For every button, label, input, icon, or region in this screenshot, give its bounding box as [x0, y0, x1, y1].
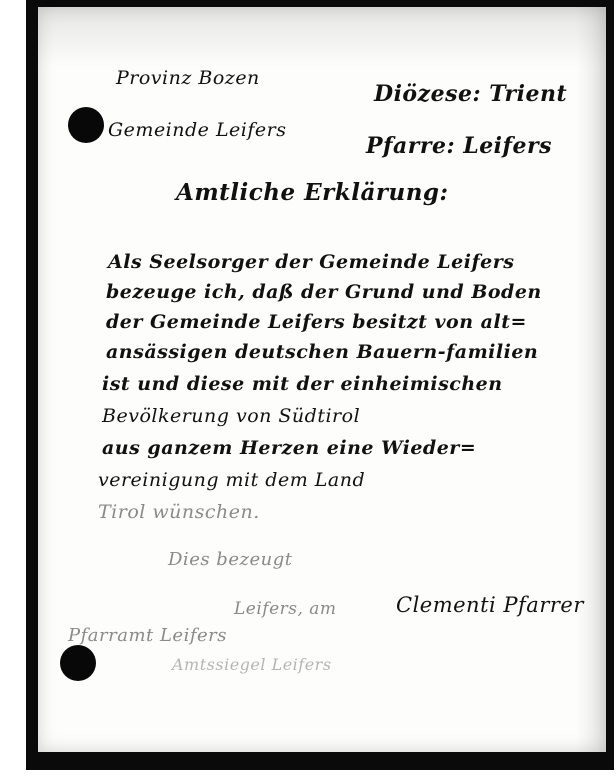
signature-name: Clementi Pfarrer [396, 593, 584, 617]
body-line: Bevölkerung von Südtirol [102, 405, 360, 427]
body-line: Tirol wünschen. [98, 501, 260, 523]
stamp-line-2: Amtssiegel Leifers [172, 655, 332, 674]
body-line: bezeuge ich, daß der Grund und Boden [106, 281, 542, 303]
signature-prefix: Leifers, am [234, 599, 337, 619]
header-municipality: Gemeinde Leifers [108, 119, 287, 141]
body-line: vereinigung mit dem Land [98, 469, 365, 491]
body-line: ansässigen deutschen Bauern-familien [106, 341, 538, 363]
body-line: der Gemeinde Leifers besitzt von alt= [106, 311, 527, 333]
header-diocese: Diözese: Trient [374, 81, 567, 107]
stamp-line-1: Pfarramt Leifers [68, 625, 227, 646]
header-parish: Pfarre: Leifers [366, 133, 552, 159]
closing-text: Dies bezeugt [168, 549, 292, 570]
body-line: Als Seelsorger der Gemeinde Leifers [108, 251, 514, 273]
document-page: Provinz Bozen Gemeinde Leifers Diözese: … [38, 7, 606, 752]
body-line: aus ganzem Herzen eine Wieder= [102, 437, 476, 459]
punch-hole-bottom [60, 645, 96, 681]
document-title: Amtliche Erklärung: [176, 179, 449, 206]
header-province: Provinz Bozen [116, 67, 260, 89]
punch-hole-top [68, 107, 104, 143]
body-line: ist und diese mit der einheimischen [102, 373, 503, 395]
